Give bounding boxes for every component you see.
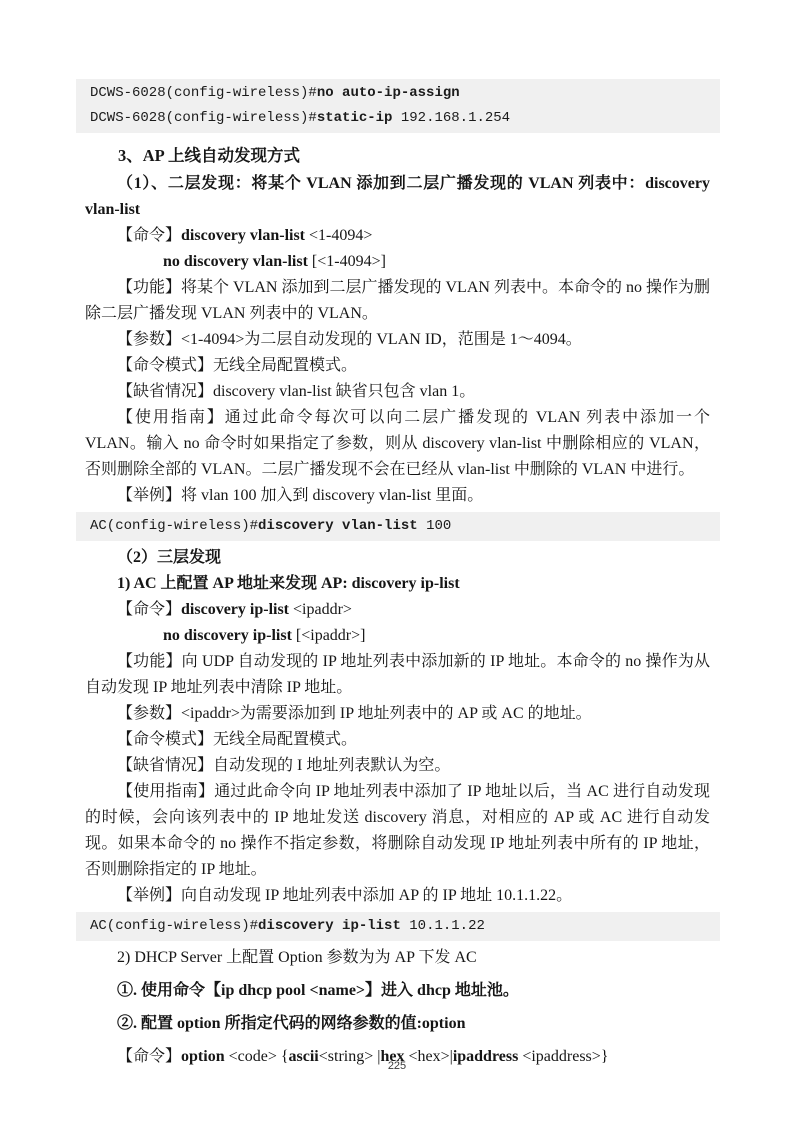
code-argument: 10.1.1.22 [401, 918, 485, 934]
paragraph-default: 【缺省情况】自动发现的 I 地址列表默认为空。 [85, 753, 710, 779]
code-prompt: DCWS-6028(config-wireless)# [90, 110, 317, 126]
paragraph-function: 【功能】向 UDP 自动发现的 IP 地址列表中添加新的 IP 地址。本命令的 … [85, 649, 710, 701]
command-args: <1-4094> [305, 227, 372, 244]
command-keyword: discovery ip-list [181, 601, 289, 618]
command-keyword: discovery vlan-list [181, 227, 305, 244]
code-block-vlan-list: AC(config-wireless)#discovery vlan-list … [76, 512, 720, 541]
paragraph-function: 【功能】将某个 VLAN 添加到二层广播发现的 VLAN 列表中。本命令的 no… [85, 275, 710, 327]
list-item-step-1: ①. 使用命令【ip dhcp pool <name>】进入 dhcp 地址池。 [85, 978, 710, 1004]
code-line: DCWS-6028(config-wireless)#no auto-ip-as… [90, 81, 714, 106]
code-prompt: AC(config-wireless)# [90, 918, 258, 934]
command-keyword: no discovery vlan-list [163, 253, 308, 270]
code-prompt: AC(config-wireless)# [90, 518, 258, 534]
subsection-title-l2: （1）、二层发现：将某个 VLAN 添加到二层广播发现的 VLAN 列表中：di… [85, 171, 710, 223]
command-args: [<ipaddr>] [292, 627, 366, 644]
code-prompt: DCWS-6028(config-wireless)# [90, 85, 317, 101]
code-line: DCWS-6028(config-wireless)#static-ip 192… [90, 106, 714, 131]
section-heading: 3、AP 上线自动发现方式 [85, 143, 710, 169]
paragraph-example: 【举例】向自动发现 IP 地址列表中添加 AP 的 IP 地址 10.1.1.2… [85, 883, 710, 909]
command-keyword: no discovery ip-list [163, 627, 292, 644]
code-argument: 192.168.1.254 [392, 110, 510, 126]
command-alt-line: no discovery vlan-list [<1-4094>] [85, 249, 710, 275]
subsection-sub1: 1) AC 上配置 AP 地址来发现 AP: discovery ip-list [85, 571, 710, 597]
command-line: 【命令】discovery ip-list <ipaddr> [85, 597, 710, 623]
command-args: [<1-4094>] [308, 253, 386, 270]
command-label: 【命令】 [117, 227, 181, 244]
subsection-title-l3: （2）三层发现 [85, 545, 710, 571]
paragraph-mode: 【命令模式】无线全局配置模式。 [85, 353, 710, 379]
list-item-step-2: ②. 配置 option 所指定代码的网络参数的值:option [85, 1011, 710, 1037]
command-alt-line: no discovery ip-list [<ipaddr>] [85, 623, 710, 649]
code-block-ip-list: AC(config-wireless)#discovery ip-list 10… [76, 912, 720, 941]
code-command: discovery vlan-list [258, 518, 418, 534]
code-block-static-ip: DCWS-6028(config-wireless)#no auto-ip-as… [76, 79, 720, 133]
code-line: AC(config-wireless)#discovery vlan-list … [90, 514, 714, 539]
code-command: discovery ip-list [258, 918, 401, 934]
command-args: <ipaddr> [289, 601, 352, 618]
code-command: no auto-ip-assign [317, 85, 460, 101]
page-number: 225 [0, 1060, 794, 1072]
command-line: 【命令】discovery vlan-list <1-4094> [85, 223, 710, 249]
subsection-sub2: 2) DHCP Server 上配置 Option 参数为为 AP 下发 AC [85, 945, 710, 971]
paragraph-guide: 【使用指南】通过此命令向 IP 地址列表中添加了 IP 地址以后，当 AC 进行… [85, 779, 710, 883]
paragraph-params: 【参数】<ipaddr>为需要添加到 IP 地址列表中的 AP 或 AC 的地址… [85, 701, 710, 727]
code-line: AC(config-wireless)#discovery ip-list 10… [90, 914, 714, 939]
paragraph-guide: 【使用指南】通过此命令每次可以向二层广播发现的 VLAN 列表中添加一个 VLA… [85, 405, 710, 483]
paragraph-params: 【参数】<1-4094>为二层自动发现的 VLAN ID，范围是 1～4094。 [85, 327, 710, 353]
document-page: DCWS-6028(config-wireless)#no auto-ip-as… [0, 0, 794, 1123]
command-label: 【命令】 [117, 601, 181, 618]
code-argument: 100 [418, 518, 452, 534]
paragraph-mode: 【命令模式】无线全局配置模式。 [85, 727, 710, 753]
paragraph-example: 【举例】将 vlan 100 加入到 discovery vlan-list 里… [85, 483, 710, 509]
code-command: static-ip [317, 110, 393, 126]
paragraph-default: 【缺省情况】discovery vlan-list 缺省只包含 vlan 1。 [85, 379, 710, 405]
